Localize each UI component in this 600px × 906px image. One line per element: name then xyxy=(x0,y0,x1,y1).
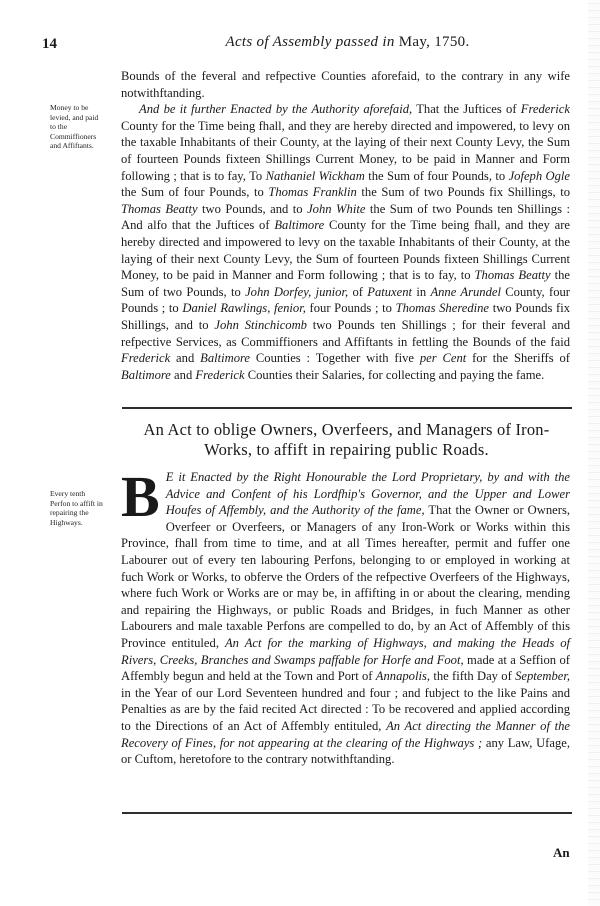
running-head: Acts of Assembly passed in May, 1750. xyxy=(120,34,575,51)
document-page: 14 Acts of Assembly passed in May, 1750.… xyxy=(0,0,600,906)
section-divider-rule xyxy=(122,407,572,409)
section-1-body: Bounds of the feveral and refpective Cou… xyxy=(121,68,570,383)
page-edge-texture xyxy=(588,0,600,906)
running-head-date: May, 1750. xyxy=(399,34,470,50)
enacting-paragraph: And be it further Enacted by the Authori… xyxy=(121,101,570,383)
margin-note-every-tenth: Every tenth Perfon to affift in repairin… xyxy=(50,489,106,527)
act-title: An Act to oblige Owners, Overfeers, and … xyxy=(121,420,572,460)
running-head-italic: Acts of Assembly passed in xyxy=(225,34,394,50)
section-2-body: BE it Enacted by the Right Honourable th… xyxy=(121,469,570,768)
act-paragraph: BE it Enacted by the Right Honourable th… xyxy=(121,469,570,768)
margin-note-money: Money to be levied, and paid to the Comm… xyxy=(50,103,106,151)
drop-cap: B xyxy=(121,471,166,520)
page-number: 14 xyxy=(42,36,57,53)
end-rule xyxy=(122,812,572,814)
act-paragraph-text: E it Enacted by the Right Honourable the… xyxy=(121,470,570,766)
catchword: An xyxy=(553,845,570,861)
continuation-paragraph: Bounds of the feveral and refpective Cou… xyxy=(121,68,570,101)
